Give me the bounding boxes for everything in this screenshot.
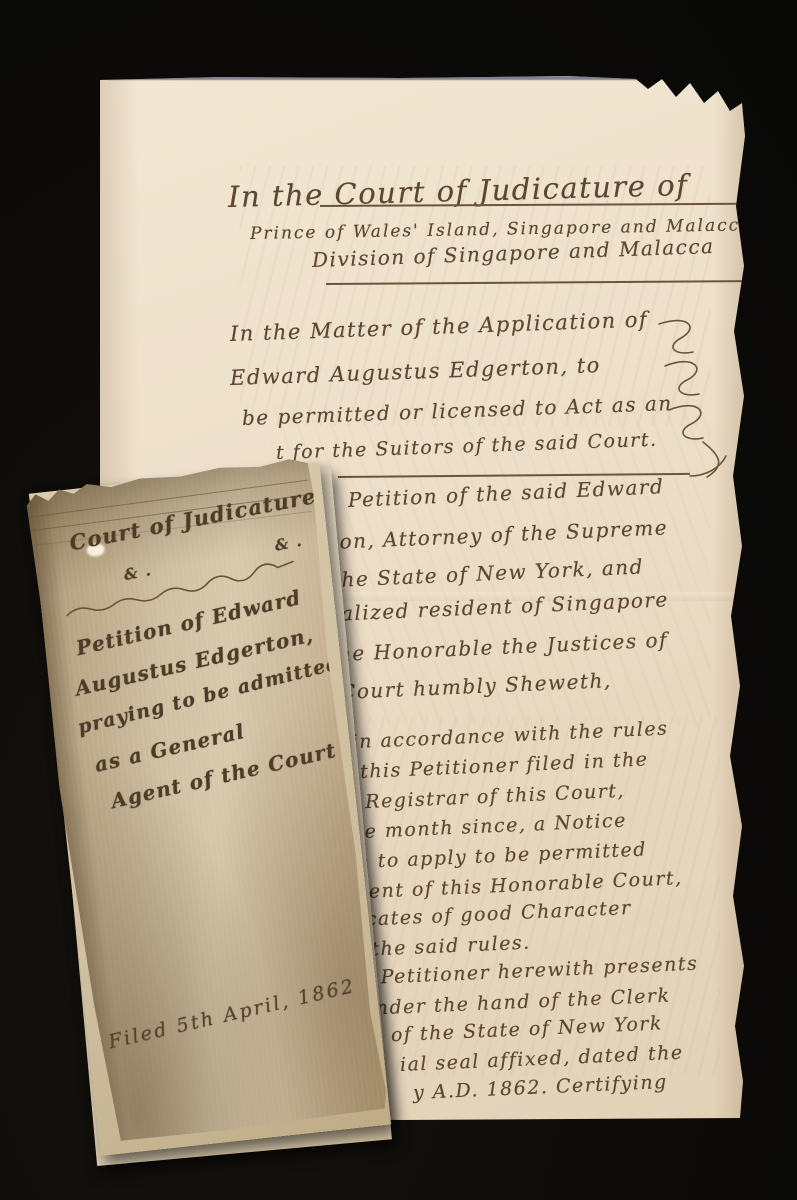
paper-top-edge-shadow [108,76,728,80]
packet-filed-note: Filed 5th April, 1862 [106,975,357,1053]
photograph-of-court-petition: In the Court of Judicature of Prince of … [0,0,797,1200]
section-rule-hook [688,454,728,480]
